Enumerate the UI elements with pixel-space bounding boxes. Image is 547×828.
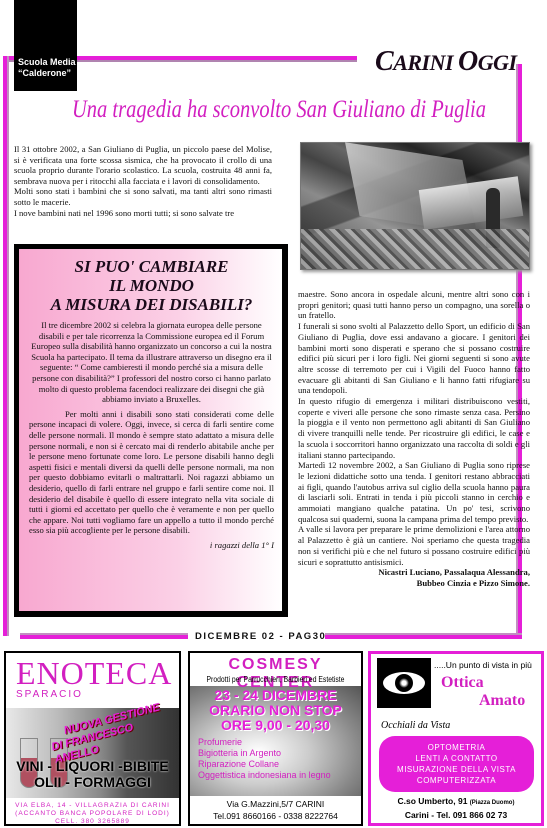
enoteca-products-line: VINI - LIQUORI -BIBITE (6, 758, 179, 774)
intro-paragraph: Il 31 ottobre 2002, a San Giuliano di Pu… (14, 144, 272, 186)
rubble-texture (301, 229, 529, 269)
ad-cosmesy-center: COSMESY CENTER Prodotti per Parrucchieri… (188, 651, 363, 826)
masthead-word1: ARINI (393, 50, 458, 75)
enoteca-title: ENOTECA (16, 655, 172, 692)
masthead-initial-c: C (375, 46, 393, 77)
ottica-script-label: Occhiali da Vista (381, 720, 450, 731)
cosmesy-service-item: Riparazione Collane (198, 759, 331, 770)
ottica-name-line2: Amato (479, 692, 525, 710)
intro-paragraph: Molti sono stati i bambini che si sono s… (14, 186, 272, 207)
ottica-service-item: COMPUTERIZZATA (379, 775, 534, 786)
ad-enoteca: ENOTECA SPARACIO NUOVA GESTIONE DI FRANC… (4, 651, 181, 826)
ottica-service-item: MISURAZIONE DELLA VISTA (379, 764, 534, 775)
boxout-paragraph-2: Per molti anni i disabili sono stati con… (29, 409, 274, 536)
intro-paragraph: I nove bambini nati nel 1996 sono morti … (14, 208, 272, 219)
masthead-word2: GGI (478, 50, 517, 75)
cosmesy-services: Profumerie Bigiotteria in Argento Ripara… (198, 737, 331, 781)
article-paragraph: Martedì 12 novembre 2002, a San Giuliano… (298, 460, 530, 524)
cosmesy-schedule: 23 - 24 DICEMBRE ORARIO NON STOP ORE 9,0… (190, 688, 361, 733)
enoteca-subtitle: SPARACIO (16, 689, 83, 700)
article-paragraph: A valle si lavora per preparare le prime… (298, 524, 530, 567)
ottica-address-note: (Piazza Duomo) (470, 800, 515, 806)
eye-iris (399, 678, 409, 688)
school-name-line1: Scuola Media (18, 57, 77, 68)
article-authors-line1: Nicastri Luciano, Passalaqua Alessandra, (298, 567, 530, 578)
boxout-title-line: A MISURA DEI DISABILI? (29, 295, 274, 314)
cosmesy-hours: ORE 9,00 - 20,30 (190, 718, 361, 733)
enoteca-products: VINI - LIQUORI -BIBITE OLII - FORMAGGI (6, 758, 179, 790)
boxout-title-line: SI PUO' CAMBIARE (29, 257, 274, 276)
ottica-phone: Carini - Tel. 091 866 02 73 (371, 809, 541, 821)
boxout-signature: i ragazzi della 1° I (29, 540, 274, 551)
ad-ottica-amato: .....Un punto di vista in più Ottica Ama… (368, 651, 544, 826)
boxout-title-line: IL MONDO (29, 276, 274, 295)
cosmesy-subtitle: Prodotti per Parrucchieri, Barbieri ed E… (203, 675, 348, 687)
cosmesy-service-item: Oggettistica indonesiana in legno (198, 770, 331, 781)
cosmesy-phone: Tel.091 8660166 - 0338 8222764 (190, 810, 361, 822)
cosmesy-service-item: Bigiotteria in Argento (198, 748, 331, 759)
enoteca-address: VIA ELBA, 14 - VILLAGRAZIA DI CARINI (AC… (6, 802, 179, 826)
article-paragraph: maestre. Sono ancora in ospedale alcuni,… (298, 289, 530, 321)
disability-boxout: SI PUO' CAMBIARE IL MONDO A MISURA DEI D… (14, 244, 288, 617)
ottica-services-pill: OPTOMETRIA LENTI A CONTATTO MISURAZIONE … (379, 736, 534, 792)
frame-bottom-left-rule (20, 633, 188, 639)
boxout-title: SI PUO' CAMBIARE IL MONDO A MISURA DEI D… (29, 257, 274, 314)
page-footer-tag: DICEMBRE 02 - PAG30 (195, 631, 326, 642)
cosmesy-service-item: Profumerie (198, 737, 331, 748)
school-name-line2: “Calderone” (18, 68, 77, 79)
article-intro: Il 31 ottobre 2002, a San Giuliano di Pu… (14, 144, 272, 218)
ottica-tagline: .....Un punto di vista in più (434, 660, 532, 670)
boxout-paragraph-1: Il tre dicembre 2002 si celebra la giorn… (29, 320, 274, 405)
frame-bottom-right-rule (325, 633, 522, 639)
enoteca-address-line: VIA ELBA, 14 - VILLAGRAZIA DI CARINI (6, 802, 179, 810)
cosmesy-hours-label: ORARIO NON STOP (190, 703, 361, 718)
ottica-contact: C.so Umberto, 91 (Piazza Duomo) Carini -… (371, 795, 541, 821)
article-paragraph: I funerali si sono svolti al Palazzetto … (298, 321, 530, 396)
cosmesy-contact: Via G.Mazzini,5/7 CARINI Tel.091 8660166… (190, 798, 361, 822)
ottica-service-item: OPTOMETRIA (379, 742, 534, 753)
masthead-initial-o: O (458, 46, 478, 77)
ottica-address: C.so Umberto, 91 (398, 796, 468, 806)
article-continuation: maestre. Sono ancora in ospedale alcuni,… (298, 289, 530, 589)
masthead: CARINI OGGI (375, 46, 517, 78)
enoteca-phone: CELL. 380 3265889 (6, 818, 179, 826)
cosmesy-dates: 23 - 24 DICEMBRE (190, 688, 361, 703)
school-badge: Scuola Media “Calderone” (14, 0, 77, 91)
page-headline: Una tragedia ha sconvolto San Giuliano d… (72, 96, 416, 124)
earthquake-photo (300, 142, 530, 270)
boxout-content: SI PUO' CAMBIARE IL MONDO A MISURA DEI D… (19, 249, 282, 611)
article-authors-line2: Bubbeo Cinzia e Pizzo Simone. (298, 578, 530, 589)
frame-left-rule (3, 56, 9, 636)
article-paragraph: In questo rifugio di emergenza i militar… (298, 396, 530, 460)
eye-logo-icon (377, 658, 431, 708)
enoteca-address-line: (ACCANTO BANCA POPOLARE DI LODI) (6, 810, 179, 818)
cosmesy-address: Via G.Mazzini,5/7 CARINI (190, 798, 361, 810)
ottica-name-line1: Ottica (441, 674, 484, 692)
ottica-service-item: LENTI A CONTATTO (379, 753, 534, 764)
enoteca-products-line: OLII - FORMAGGI (6, 774, 179, 790)
